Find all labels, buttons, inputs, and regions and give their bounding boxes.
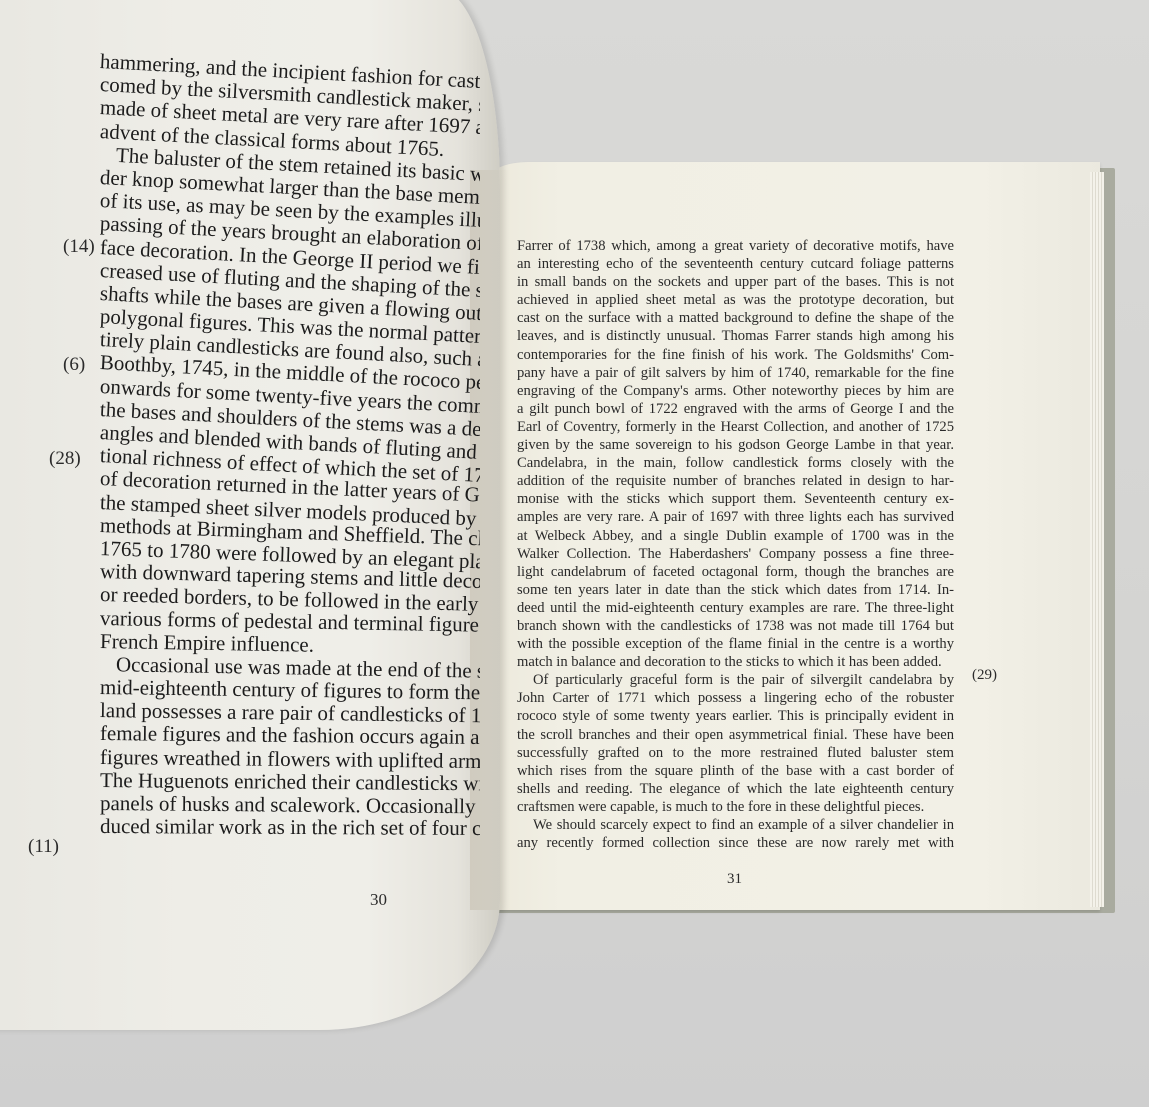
text-line: successfully grafted on to the more rest… (517, 744, 954, 762)
text-line: at Welbeck Abbey, and a single Dublin ex… (517, 527, 954, 545)
text-line: Candelabra, in the main, follow candlest… (517, 454, 954, 472)
margin-reference: (28) (49, 448, 81, 470)
text-line: monise with the sticks which support the… (517, 490, 954, 508)
text-line: engraving of the Company's arms. Other n… (517, 382, 954, 400)
text-line: Of particularly graceful form is the pai… (517, 671, 954, 689)
text-line: Earl of Coventry, formerly in the Hearst… (517, 418, 954, 436)
text-line: in small bands on the sockets and upper … (517, 273, 954, 291)
text-line: a gilt punch bowl of 1722 engraved with … (517, 400, 954, 418)
text-line: craftsmen were capable, is much to the f… (517, 798, 954, 816)
text-line: deed until the mid-eighteenth century ex… (517, 599, 954, 617)
margin-reference: (6) (63, 354, 85, 376)
page-number-right: 31 (727, 871, 742, 888)
text-line: cast on the surface with a matted backgr… (517, 309, 954, 327)
text-line: light candelabrum of faceted octagonal f… (517, 563, 954, 581)
margin-reference: (11) (28, 836, 59, 858)
text-line: We should scarcely expect to find an exa… (517, 816, 954, 834)
text-line: pany have a pair of gilt salvers by him … (517, 364, 954, 382)
text-line: any recently formed collection since the… (517, 834, 954, 852)
page-edges (1090, 172, 1104, 907)
text-line: John Carter of 1771 which possess a ling… (517, 689, 954, 707)
text-line: the scroll branches and their open asymm… (517, 726, 954, 744)
left-page-text: hammering, and the incipient fashion for… (100, 50, 480, 870)
text-line: branch shown with the candlesticks of 17… (517, 617, 954, 635)
text-line: shells and reeding. The elegance of whic… (517, 780, 954, 798)
text-line: Walker Collection. The Haberdashers' Com… (517, 545, 954, 563)
text-line: which rises from the square plinth of th… (517, 762, 954, 780)
text-line: match in balance and decoration to the s… (517, 653, 954, 671)
text-line: given by the same sovereign to his godso… (517, 436, 954, 454)
text-line: Farrer of 1738 which, among a great vari… (517, 237, 954, 255)
margin-reference: (29) (972, 667, 997, 684)
text-line: some ten years later in date than the st… (517, 581, 954, 599)
text-line: addition of the requisite number of bran… (517, 472, 954, 490)
text-line: an interesting echo of the seventeenth c… (517, 255, 954, 273)
text-line: rococo style of some twenty years earlie… (517, 707, 954, 725)
text-line: leaves, and is distinctly unusual. Thoma… (517, 327, 954, 345)
text-line: contemporaries for the fine finish of hi… (517, 346, 954, 364)
text-line: amples are very rare. A pair of 1697 wit… (517, 508, 954, 526)
margin-reference: (14) (63, 236, 95, 258)
text-line: duced similar work as in the rich set of… (100, 815, 480, 840)
text-line: with the possible exception of the flame… (517, 635, 954, 653)
right-page-text: Farrer of 1738 which, among a great vari… (517, 237, 954, 852)
text-line: achieved in applied sheet metal as was t… (517, 291, 954, 309)
page-number-left: 30 (370, 890, 387, 910)
